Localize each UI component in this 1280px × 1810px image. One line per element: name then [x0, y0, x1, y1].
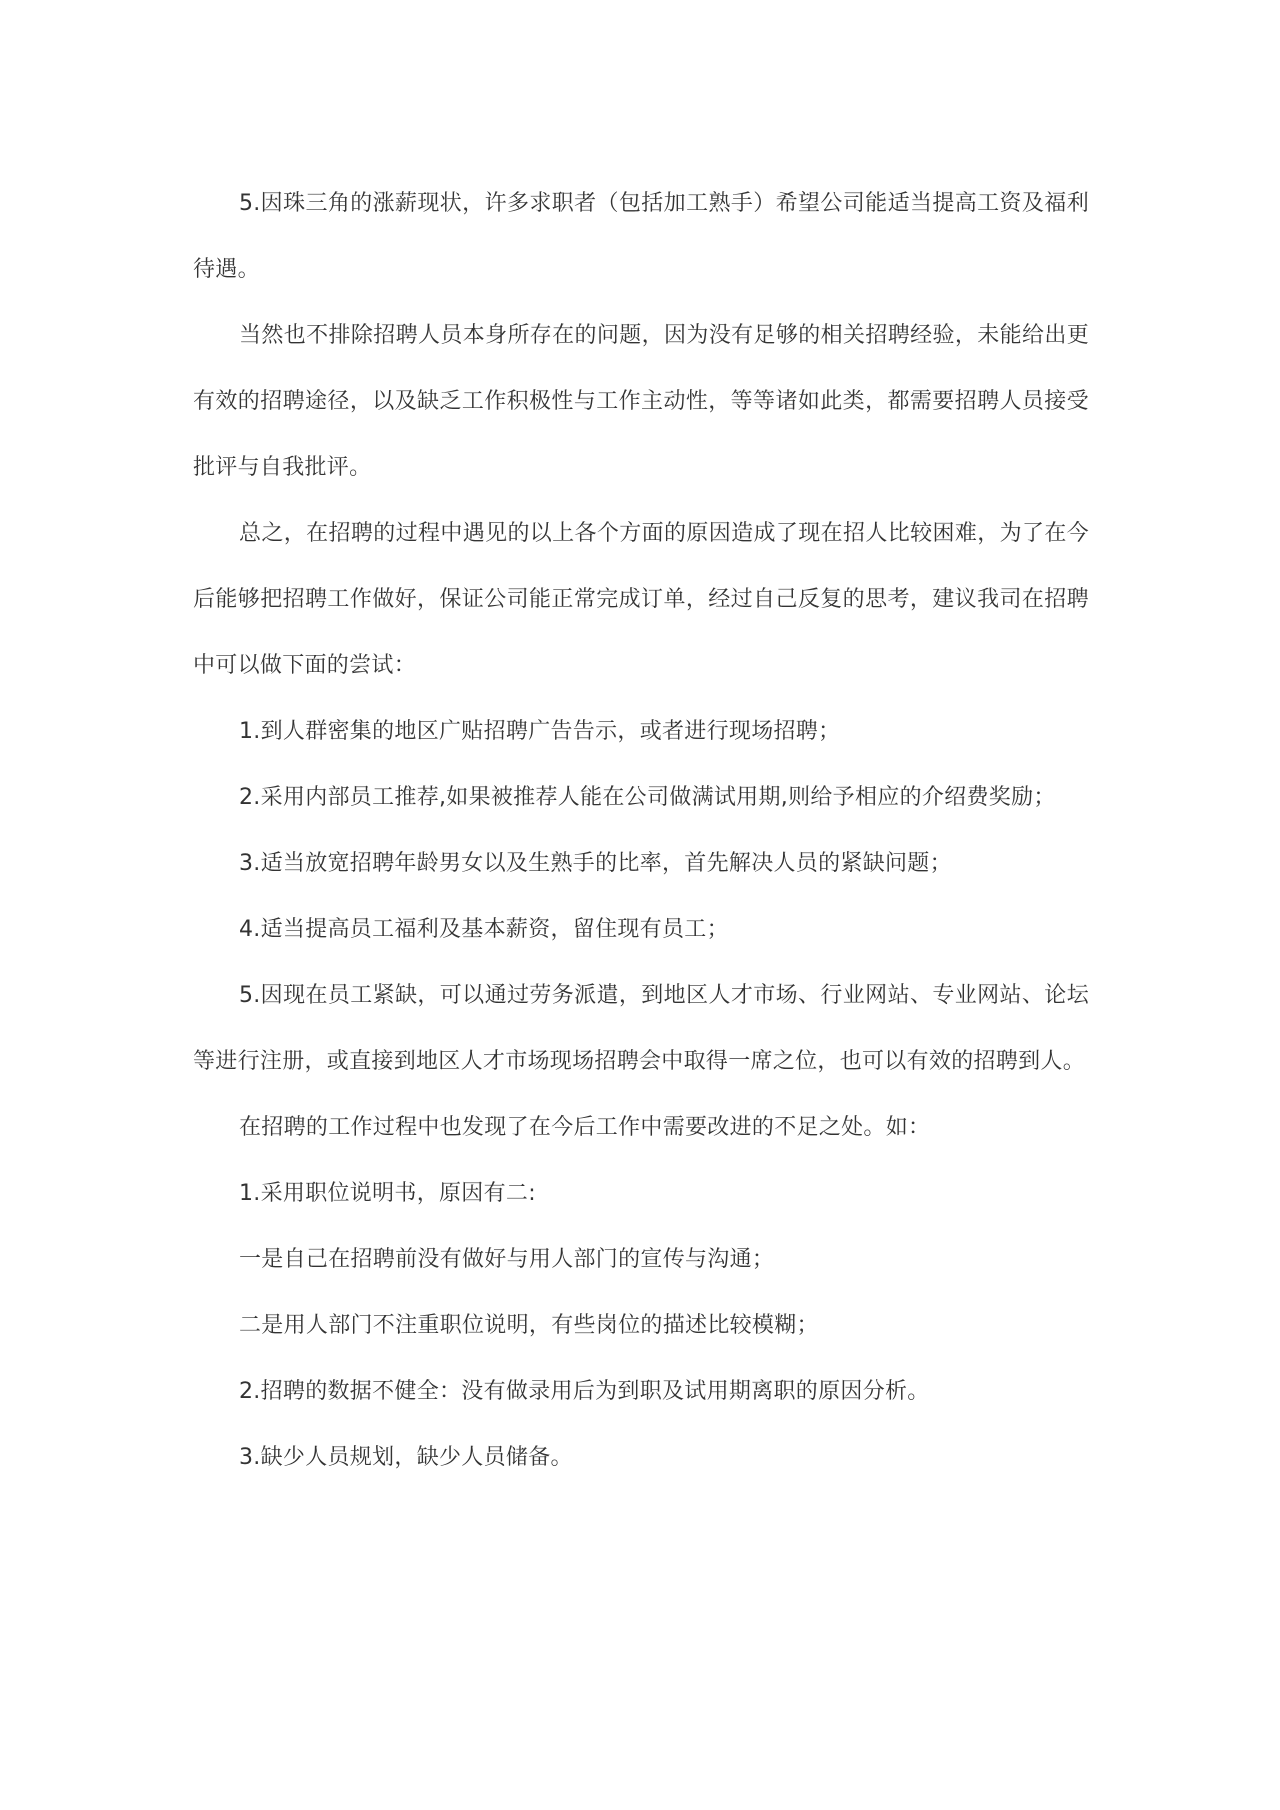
improvement-item-1: 1.采用职位说明书，原因有二:	[193, 1161, 1089, 1227]
paragraph-recruiter-issues: 当然也不排除招聘人员本身所存在的问题，因为没有足够的相关招聘经验，未能给出更有效…	[193, 303, 1089, 501]
suggestion-item-3: 3.适当放宽招聘年龄男女以及生熟手的比率，首先解决人员的紧缺问题；	[193, 831, 1089, 897]
suggestion-item-2: 2.采用内部员工推荐,如果被推荐人能在公司做满试用期,则给予相应的介绍费奖励；	[193, 765, 1089, 831]
suggestion-item-1: 1.到人群密集的地区广贴招聘广告告示，或者进行现场招聘；	[193, 699, 1089, 765]
improvement-item-2: 2.招聘的数据不健全：没有做录用后为到职及试用期离职的原因分析。	[193, 1359, 1089, 1425]
improvement-item-3: 3.缺少人员规划，缺少人员储备。	[193, 1425, 1089, 1491]
improvement-reason-1: 一是自己在招聘前没有做好与用人部门的宣传与沟通；	[193, 1227, 1089, 1293]
suggestion-item-4: 4.适当提高员工福利及基本薪资，留住现有员工；	[193, 897, 1089, 963]
paragraph-improvements-intro: 在招聘的工作过程中也发现了在今后工作中需要改进的不足之处。如：	[193, 1095, 1089, 1161]
improvement-reason-2: 二是用人部门不注重职位说明，有些岗位的描述比较模糊；	[193, 1293, 1089, 1359]
paragraph-salary-expectation: 5.因珠三角的涨薪现状，许多求职者（包括加工熟手）希望公司能适当提高工资及福利待…	[193, 171, 1089, 303]
document-page: 5.因珠三角的涨薪现状，许多求职者（包括加工熟手）希望公司能适当提高工资及福利待…	[193, 171, 1089, 1491]
suggestion-item-5: 5.因现在员工紧缺，可以通过劳务派遣，到地区人才市场、行业网站、专业网站、论坛等…	[193, 963, 1089, 1095]
paragraph-summary-suggestions: 总之，在招聘的过程中遇见的以上各个方面的原因造成了现在招人比较困难，为了在今后能…	[193, 501, 1089, 699]
